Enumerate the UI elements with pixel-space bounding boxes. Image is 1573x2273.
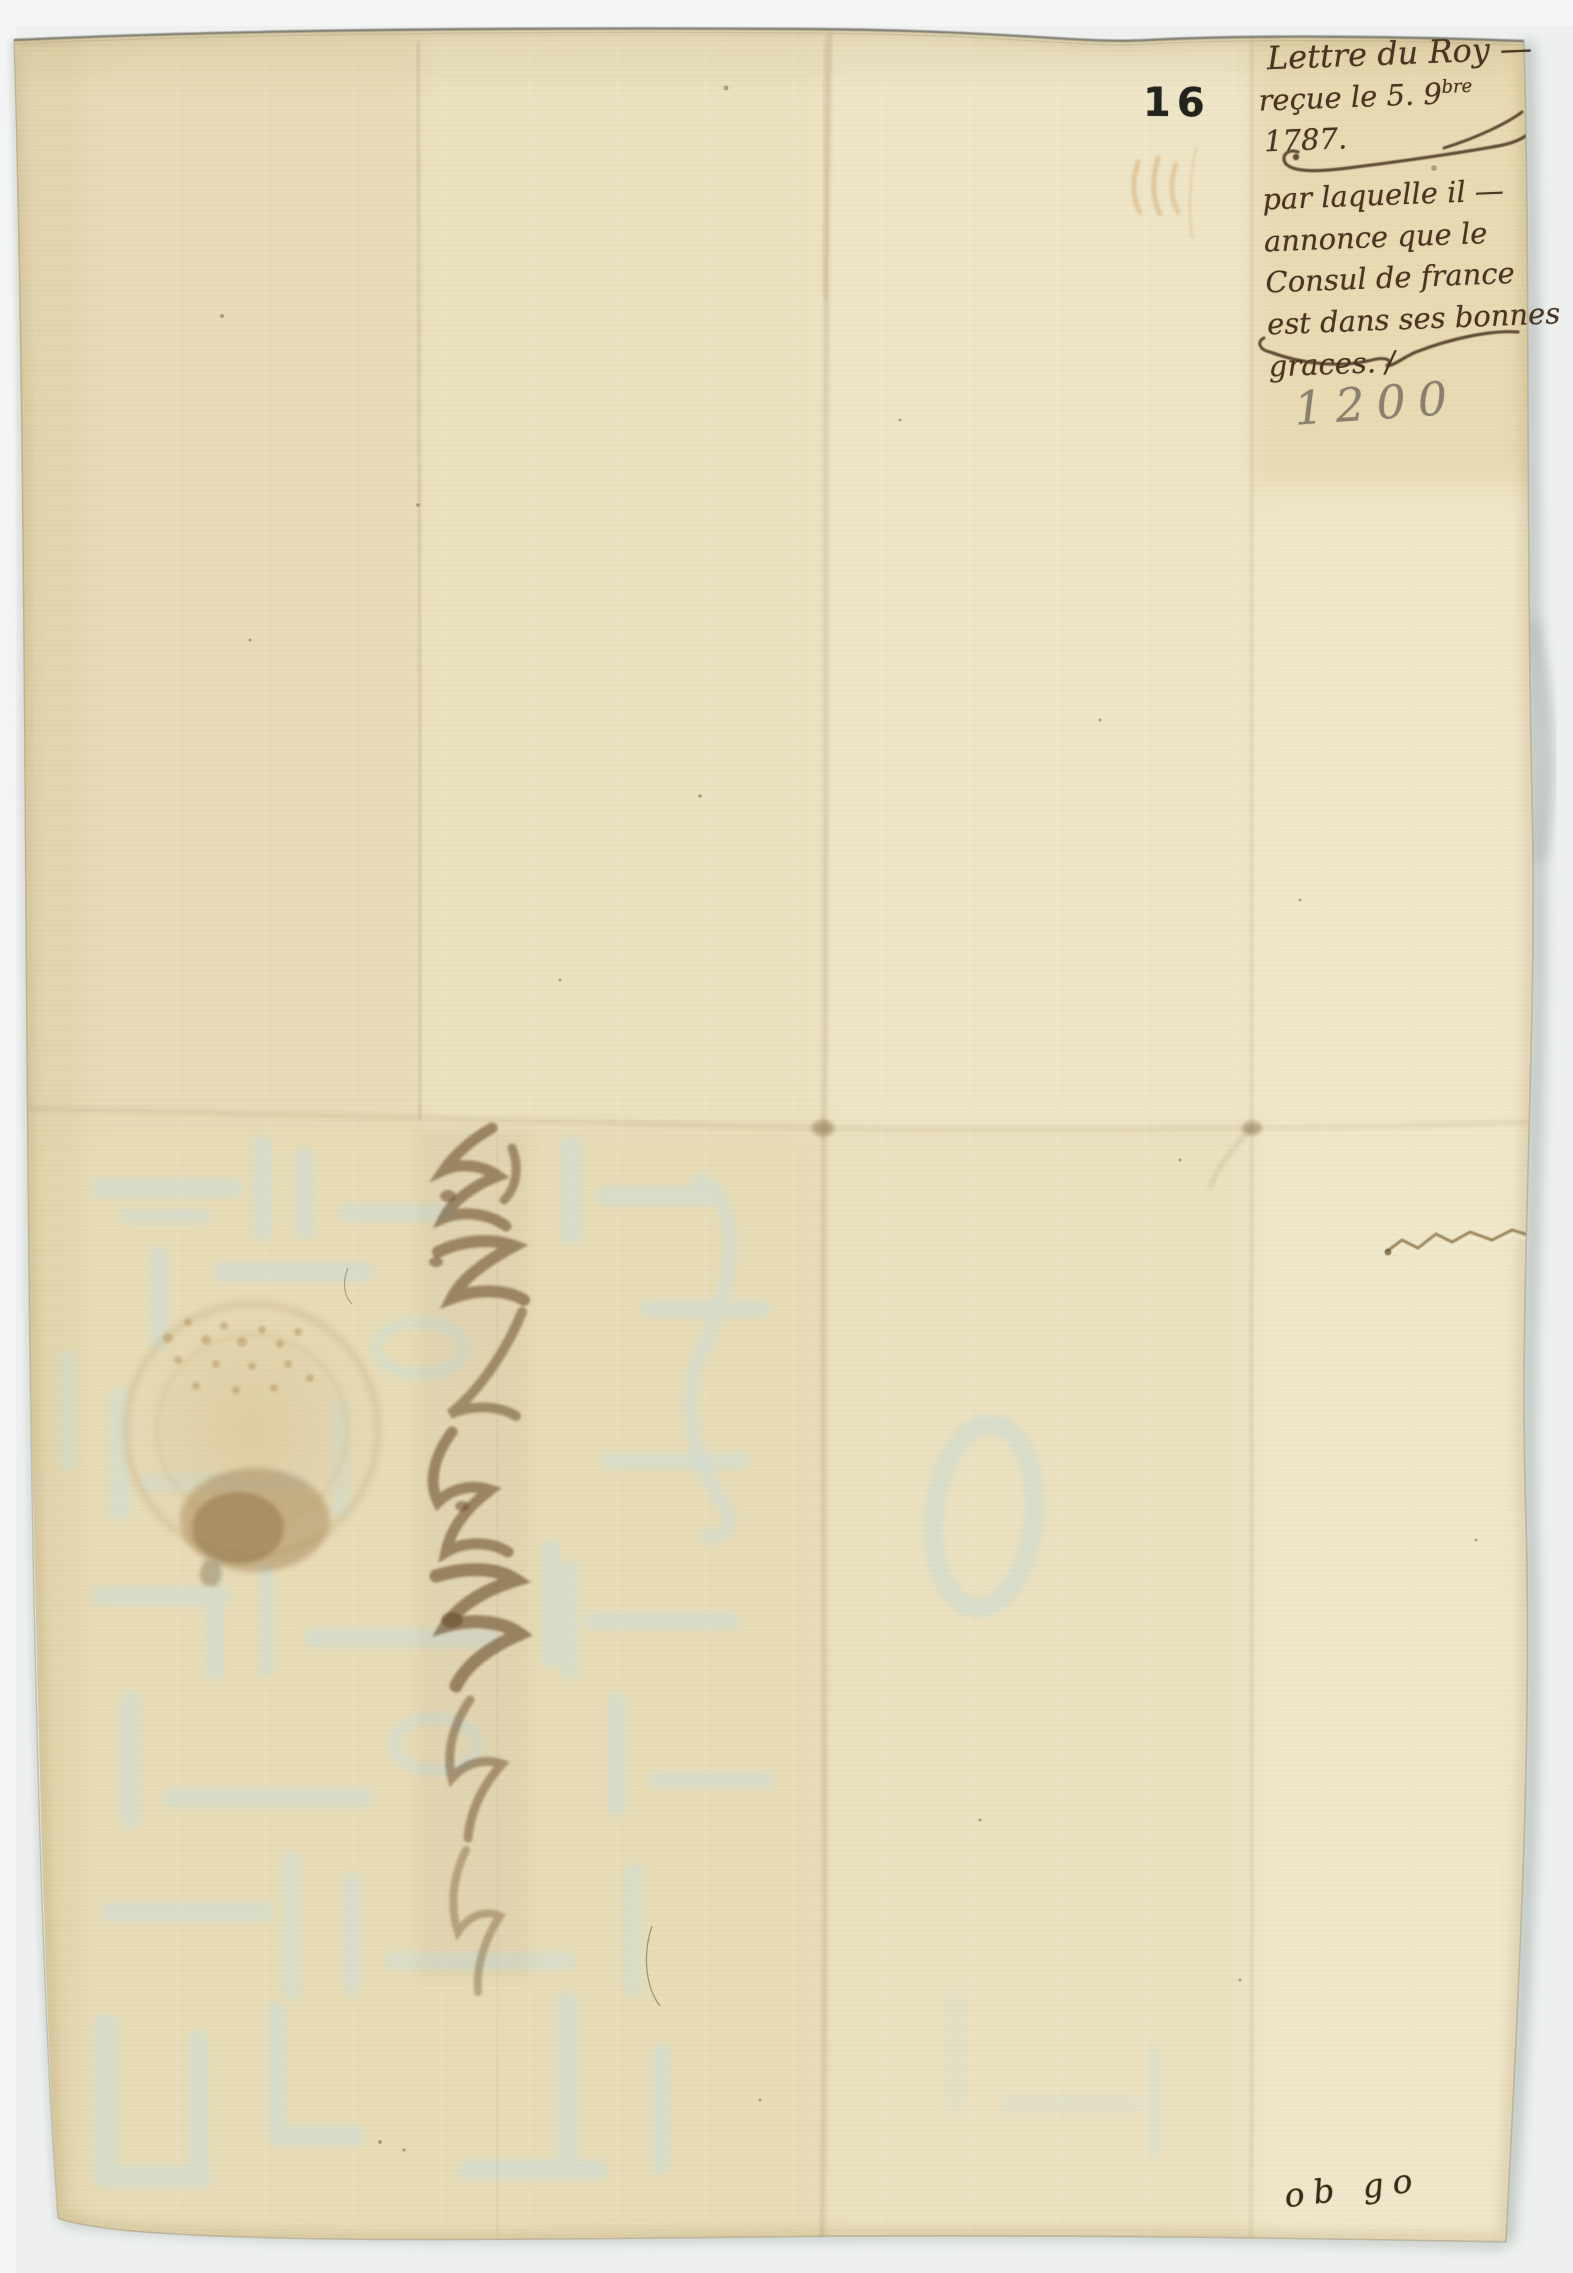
document-scan: 16 Lettre du Roy — reçue le 5. 9bre 1787… xyxy=(0,0,1573,2273)
archive-number-stamp: 16 xyxy=(1143,80,1211,127)
pencil-inventory-number: 1200 xyxy=(1292,370,1460,435)
archivist-memo: Lettre du Roy — reçue le 5. 9bre 1787. p… xyxy=(1256,23,1564,384)
arabic-bleedthrough-dark xyxy=(418,1128,530,1992)
